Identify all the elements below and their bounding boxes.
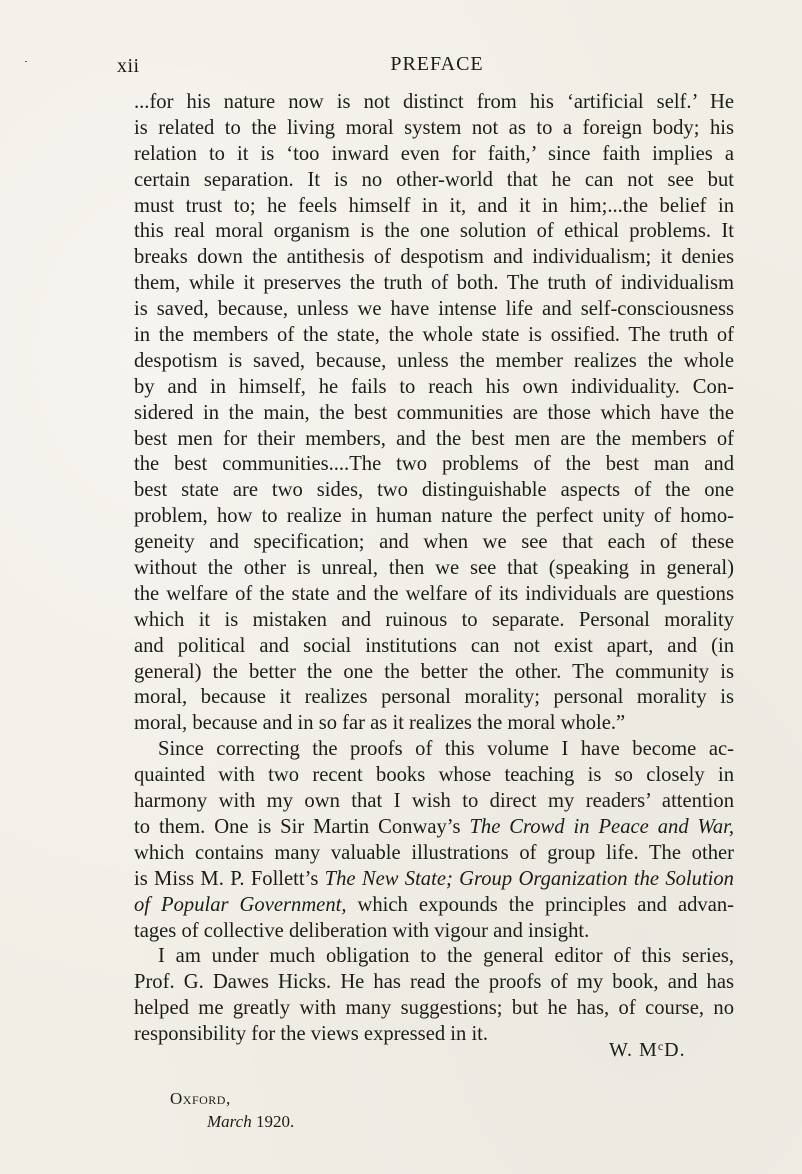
text-line: and political and social institutions ca… (134, 634, 734, 660)
text-line: I am under much obligation to the genera… (134, 944, 734, 970)
text-line: this real moral organism is the one solu… (134, 219, 734, 245)
dateline-place: Oxford, (170, 1089, 231, 1109)
text-line: certain separation. It is no other-world… (134, 168, 734, 194)
text-line: best men for their members, and the best… (134, 427, 734, 453)
dateline-month: March (207, 1112, 252, 1131)
text-line: general) the better the one the better t… (134, 660, 734, 686)
text-line: which contains many valuable illustratio… (134, 841, 734, 867)
text-line: the best communities....The two problems… (134, 452, 734, 478)
text-line: problem, how to realize in human nature … (134, 504, 734, 530)
text-line: the welfare of the state and the welfare… (134, 582, 734, 608)
text-line: is Miss M. P. Follett’s The New State; G… (134, 867, 734, 893)
text-line: which it is mistaken and ruinous to sepa… (134, 608, 734, 634)
text-line: without the other is unreal, then we see… (134, 556, 734, 582)
book-title-new-state: The New State; Group Organization the So… (325, 868, 734, 890)
signature-initials: W. M (609, 1039, 658, 1061)
text-line: them, while it preserves the truth of bo… (134, 271, 734, 297)
body-text: ...for his nature now is not distinct fr… (134, 90, 734, 1048)
text-line: harmony with my own that I wish to direc… (134, 789, 734, 815)
text-line: helped me greatly with many suggestions;… (134, 996, 734, 1022)
running-head: xii PREFACE (117, 53, 737, 81)
text-line: moral, because it realizes personal mora… (134, 685, 734, 711)
text-line: in the members of the state, the whole s… (134, 323, 734, 349)
text-line: quainted with two recent books whose tea… (134, 763, 734, 789)
book-page: xii PREFACE ...for his nature now is not… (0, 0, 802, 1174)
paper-speck (25, 61, 27, 62)
author-signature: W. McD. (609, 1039, 686, 1062)
text-run: to them. One is Sir Martin Conway’s (134, 816, 469, 838)
text-line: tages of collective deliberation with vi… (134, 919, 734, 945)
text-line: must trust to; he feels himself in it, a… (134, 194, 734, 220)
text-line: of Popular Government, which expounds th… (134, 893, 734, 919)
text-line: ...for his nature now is not distinct fr… (134, 90, 734, 116)
book-title-crowd-in-peace-and-war: The Crowd in Peace and War, (469, 816, 734, 838)
dateline-date: March 1920. (207, 1112, 294, 1132)
text-line: moral, because and in so far as it reali… (134, 711, 734, 737)
text-run: which expounds the principles and advan- (347, 894, 735, 916)
text-line: is related to the living moral system no… (134, 116, 734, 142)
text-run: is Miss M. P. Follett’s (134, 868, 325, 890)
text-line: best state are two sides, two distinguis… (134, 478, 734, 504)
text-line: to them. One is Sir Martin Conway’s The … (134, 815, 734, 841)
text-line: relation to it is ‘too inward even for f… (134, 142, 734, 168)
text-line: geneity and specification; and when we s… (134, 530, 734, 556)
text-line: sidered in the main, the best communitie… (134, 401, 734, 427)
text-line: is saved, because, unless we have intens… (134, 297, 734, 323)
book-title-new-state-cont: of Popular Government, (134, 894, 347, 916)
dateline-year: 1920. (256, 1112, 294, 1131)
text-line: breaks down the antithesis of despotism … (134, 245, 734, 271)
text-line: despotism is saved, because, unless the … (134, 349, 734, 375)
signature-rest: D. (664, 1039, 685, 1061)
page-title: PREFACE (117, 53, 737, 76)
text-line: Prof. G. Dawes Hicks. He has read the pr… (134, 970, 734, 996)
text-line: Since correcting the proofs of this volu… (134, 737, 734, 763)
text-line: by and in himself, he fails to reach his… (134, 375, 734, 401)
